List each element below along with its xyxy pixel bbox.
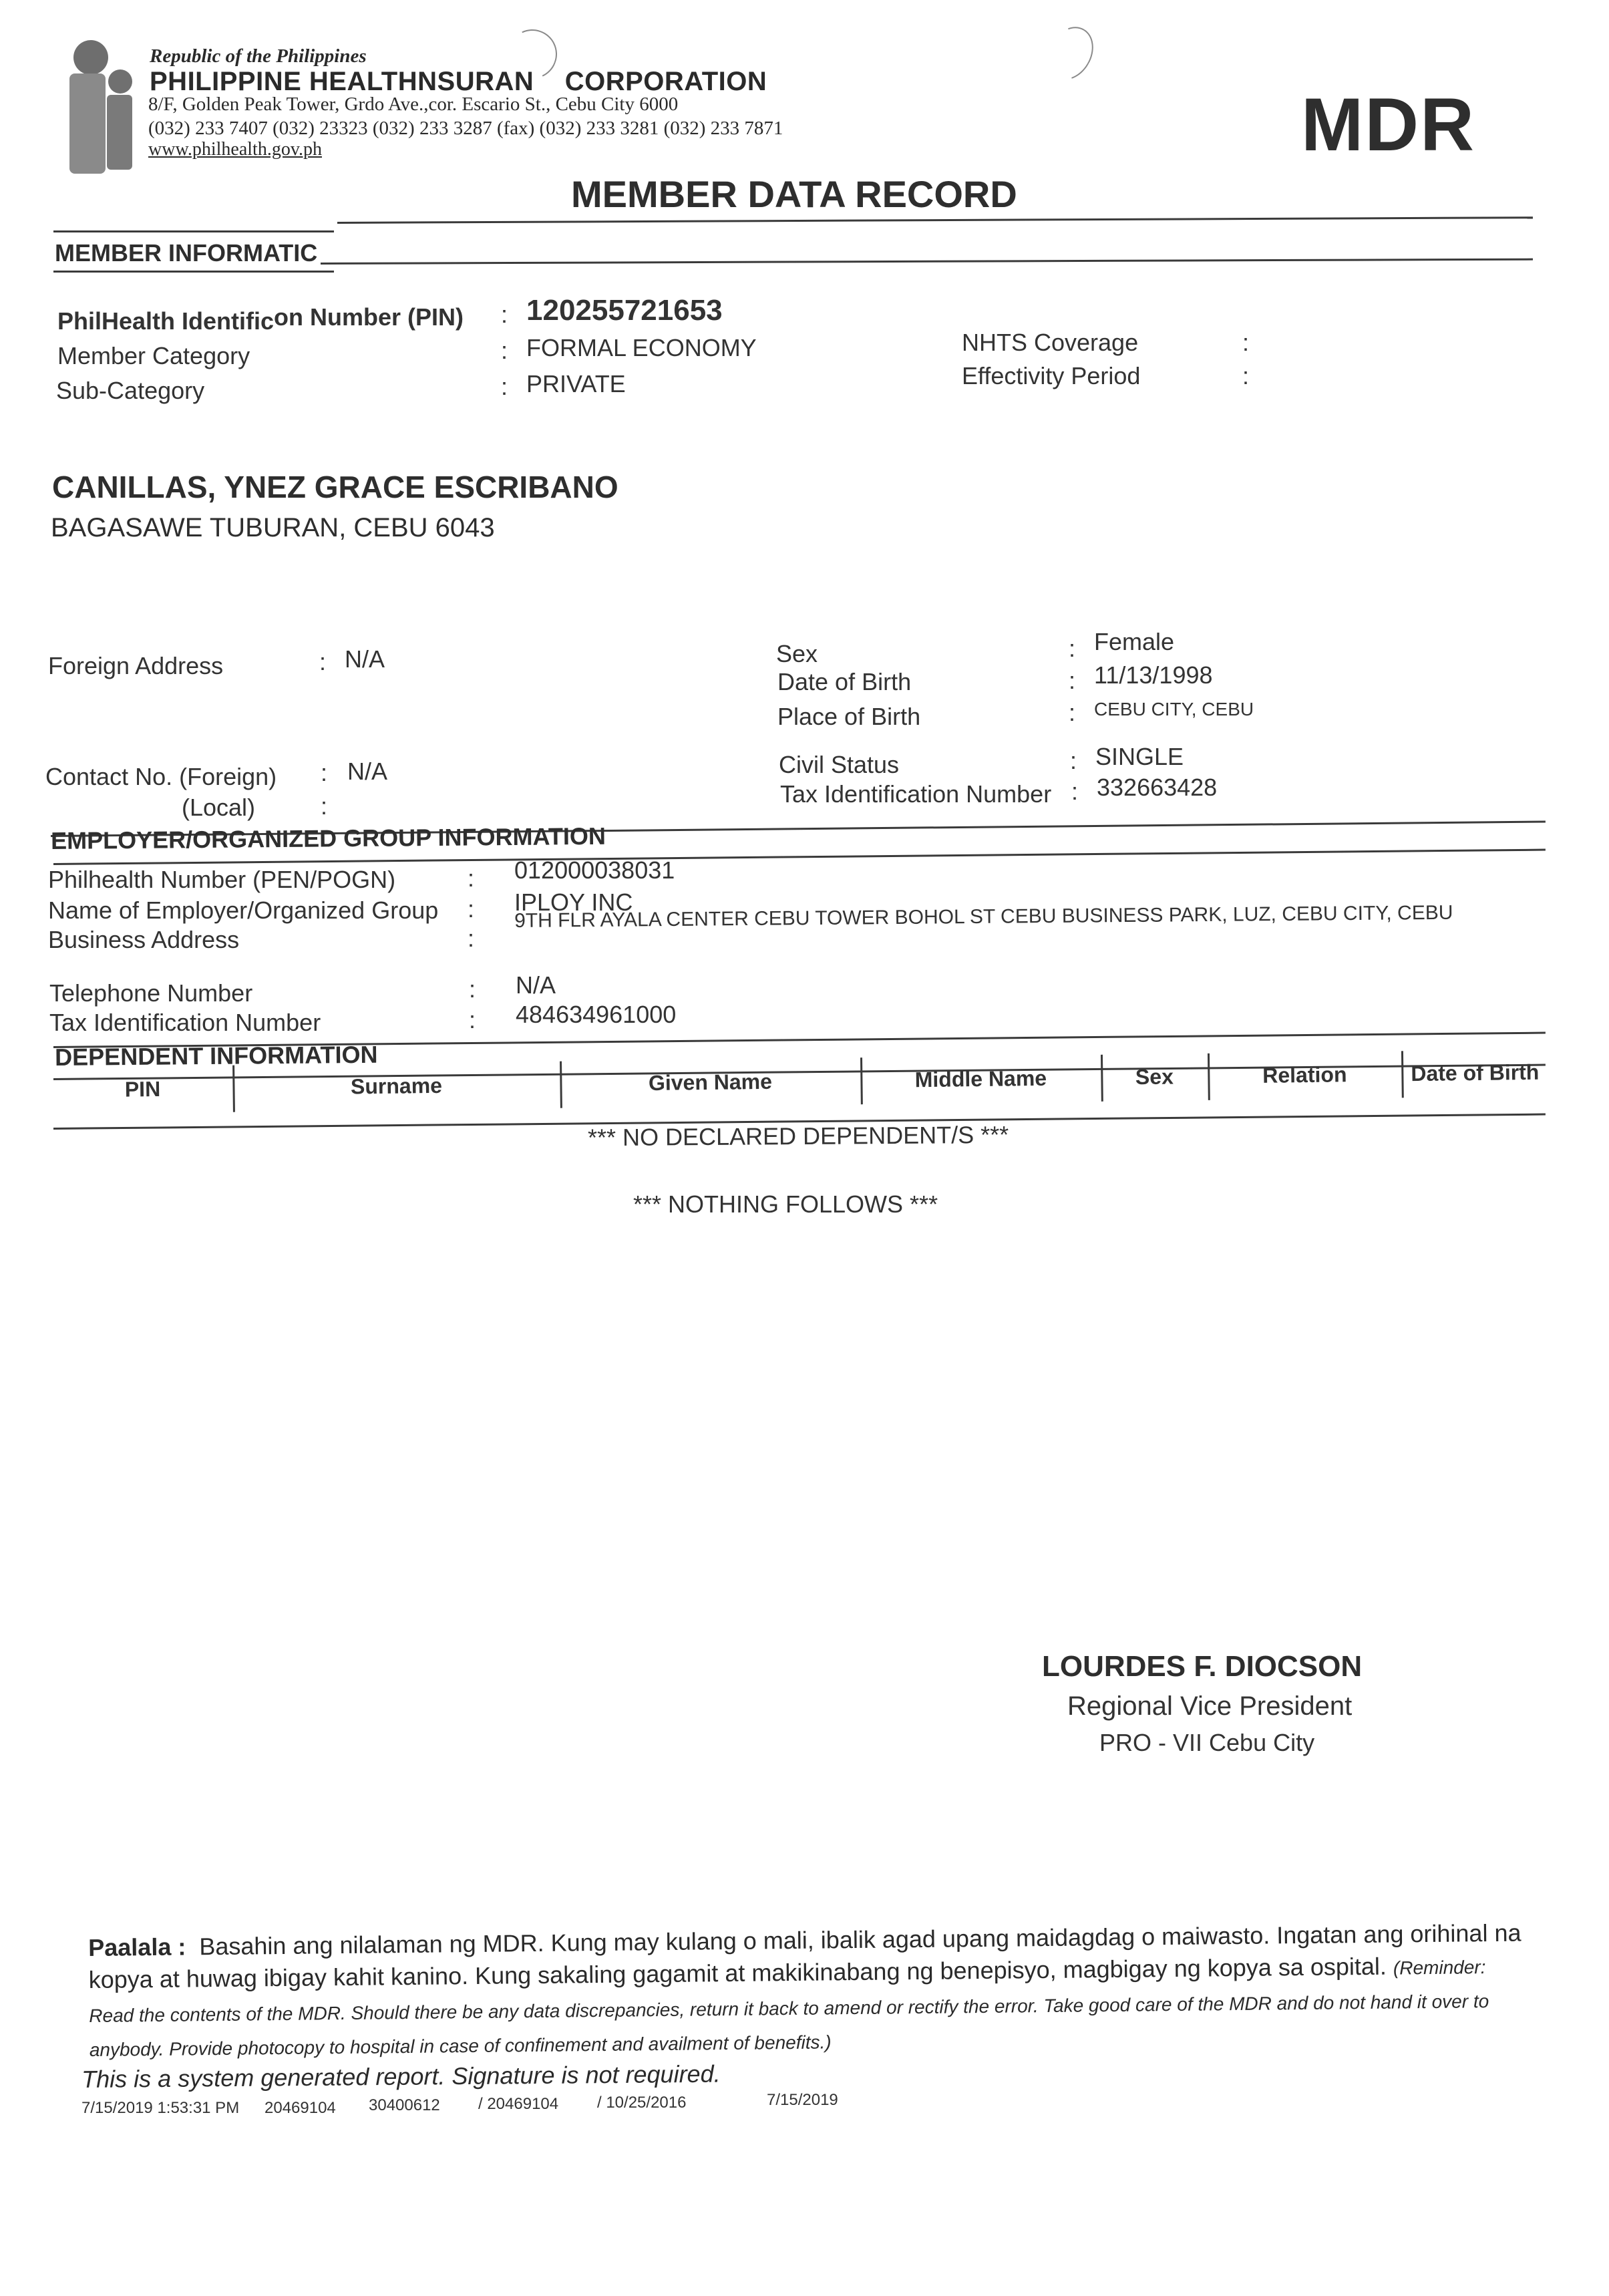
sub-category-label: Sub-Category: [56, 377, 204, 405]
reminder-note: Paalala : Basahin ang nilalaman ng MDR. …: [88, 1917, 1532, 2066]
colon: :: [469, 975, 476, 1003]
colon: :: [321, 792, 327, 820]
reminder-tagalog: Basahin ang nilalaman ng MDR. Kung may k…: [89, 1919, 1522, 1993]
colon: :: [319, 648, 326, 676]
colon: :: [468, 895, 474, 923]
dob-value: 11/13/1998: [1094, 661, 1213, 689]
employer-phone-label: Telephone Number: [49, 979, 252, 1007]
colon: :: [501, 373, 508, 401]
pin-label: PhilHealth Identificon Number (PIN): [57, 307, 464, 335]
signatory-title: Regional Vice President: [1067, 1691, 1352, 1721]
divider: [53, 230, 334, 232]
pob-label: Place of Birth: [777, 703, 920, 731]
employer-tin-value: 484634961000: [516, 1001, 676, 1029]
pin-value: 120255721653: [526, 294, 723, 327]
employer-pen-label: Philhealth Number (PEN/POGN): [48, 866, 395, 894]
header-org-name: PHILIPPINE HEALTHNSURAN CORPORATION: [150, 67, 767, 97]
divider: [337, 216, 1533, 224]
col-header-relation: Relation: [1208, 1061, 1401, 1089]
member-tin-value: 332663428: [1097, 774, 1217, 802]
contact-local-label: (Local): [182, 794, 255, 822]
header-phones: (032) 233 7407 (032) 23323 (032) 233 328…: [148, 118, 783, 140]
colon: :: [469, 1006, 476, 1034]
member-category-value: FORMAL ECONOMY: [526, 334, 757, 362]
nothing-follows-message: *** NOTHING FOLLOWS ***: [633, 1190, 938, 1218]
colon: :: [1242, 329, 1249, 357]
footer-printed-datetime: 7/15/2019 1:53:31 PM: [81, 2099, 239, 2118]
colon: :: [1069, 635, 1075, 663]
header-address: 8/F, Golden Peak Tower, Grdo Ave.,cor. E…: [148, 94, 678, 116]
member-category-label: Member Category: [57, 342, 250, 370]
header-website-link[interactable]: www.philhealth.gov.ph: [148, 139, 322, 160]
sub-category-value: PRIVATE: [526, 370, 626, 398]
colon: :: [501, 337, 508, 365]
col-header-sex: Sex: [1101, 1064, 1208, 1090]
member-tin-label: Tax Identification Number: [780, 780, 1051, 808]
footer-date-2: 7/15/2019: [767, 2091, 838, 2110]
col-header-dob: Date of Birth: [1401, 1060, 1548, 1087]
pob-value: CEBU CITY, CEBU: [1094, 699, 1254, 720]
header-republic: Republic of the Philippines: [150, 45, 367, 67]
civil-status-label: Civil Status: [779, 751, 899, 779]
foreign-address-value: N/A: [345, 645, 385, 673]
colon: :: [1069, 667, 1075, 695]
member-name: CANILLAS, YNEZ GRACE ESCRIBANO: [52, 469, 618, 505]
footer-date-1: / 10/25/2016: [597, 2094, 686, 2112]
page-title: MEMBER DATA RECORD: [571, 172, 1017, 216]
civil-status-value: SINGLE: [1095, 743, 1184, 771]
colon: :: [468, 864, 474, 892]
col-header-surname: Surname: [232, 1072, 560, 1101]
philhealth-family-logo-icon: [65, 39, 146, 179]
effectivity-label: Effectivity Period: [962, 362, 1140, 390]
employer-tin-label: Tax Identification Number: [49, 1009, 321, 1037]
signatory-office: PRO - VII Cebu City: [1099, 1729, 1314, 1757]
foreign-address-label: Foreign Address: [48, 652, 223, 680]
colon: :: [1071, 778, 1078, 806]
divider: [321, 259, 1533, 265]
system-generated-note: This is a system generated report. Signa…: [81, 2060, 721, 2094]
footer-code-2: 30400612: [369, 2096, 440, 2115]
dob-label: Date of Birth: [777, 668, 911, 696]
colon: :: [1069, 699, 1075, 727]
contact-foreign-value: N/A: [347, 758, 387, 786]
footer-code-1: 20469104: [264, 2099, 336, 2118]
sex-label: Sex: [776, 640, 818, 668]
col-header-given-name: Given Name: [560, 1068, 860, 1096]
member-address: BAGASAWE TUBURAN, CEBU 6043: [51, 513, 495, 543]
employer-phone-value: N/A: [516, 971, 556, 999]
employer-name-label: Name of Employer/Organized Group: [48, 896, 438, 925]
colon: :: [321, 759, 327, 787]
section-member-info: MEMBER INFORMATIC: [55, 239, 317, 267]
footer-code-3: / 20469104: [478, 2095, 558, 2114]
employer-pen-value: 012000038031: [514, 856, 675, 884]
col-header-pin: PIN: [52, 1076, 232, 1103]
reminder-lead: Paalala :: [88, 1933, 186, 1961]
colon: :: [1242, 362, 1249, 390]
col-header-middle-name: Middle Name: [860, 1065, 1101, 1093]
doc-code: MDR: [1301, 81, 1475, 168]
no-dependents-message: *** NO DECLARED DEPENDENT/S ***: [588, 1121, 1009, 1152]
contact-foreign-label: Contact No. (Foreign): [45, 763, 277, 791]
sex-value: Female: [1094, 628, 1174, 656]
nhts-label: NHTS Coverage: [962, 329, 1138, 357]
divider: [53, 271, 334, 273]
section-employer-info: EMPLOYER/ORGANIZED GROUP INFORMATION: [51, 822, 606, 855]
employer-address-value: 9TH FLR AYALA CENTER CEBU TOWER BOHOL ST…: [514, 902, 1453, 933]
colon: :: [501, 301, 508, 329]
colon: :: [468, 925, 474, 953]
employer-address-label: Business Address: [48, 926, 239, 954]
colon: :: [1070, 747, 1077, 775]
signatory-name: LOURDES F. DIOCSON: [1042, 1650, 1362, 1683]
scan-ring-mark: [1037, 19, 1102, 89]
